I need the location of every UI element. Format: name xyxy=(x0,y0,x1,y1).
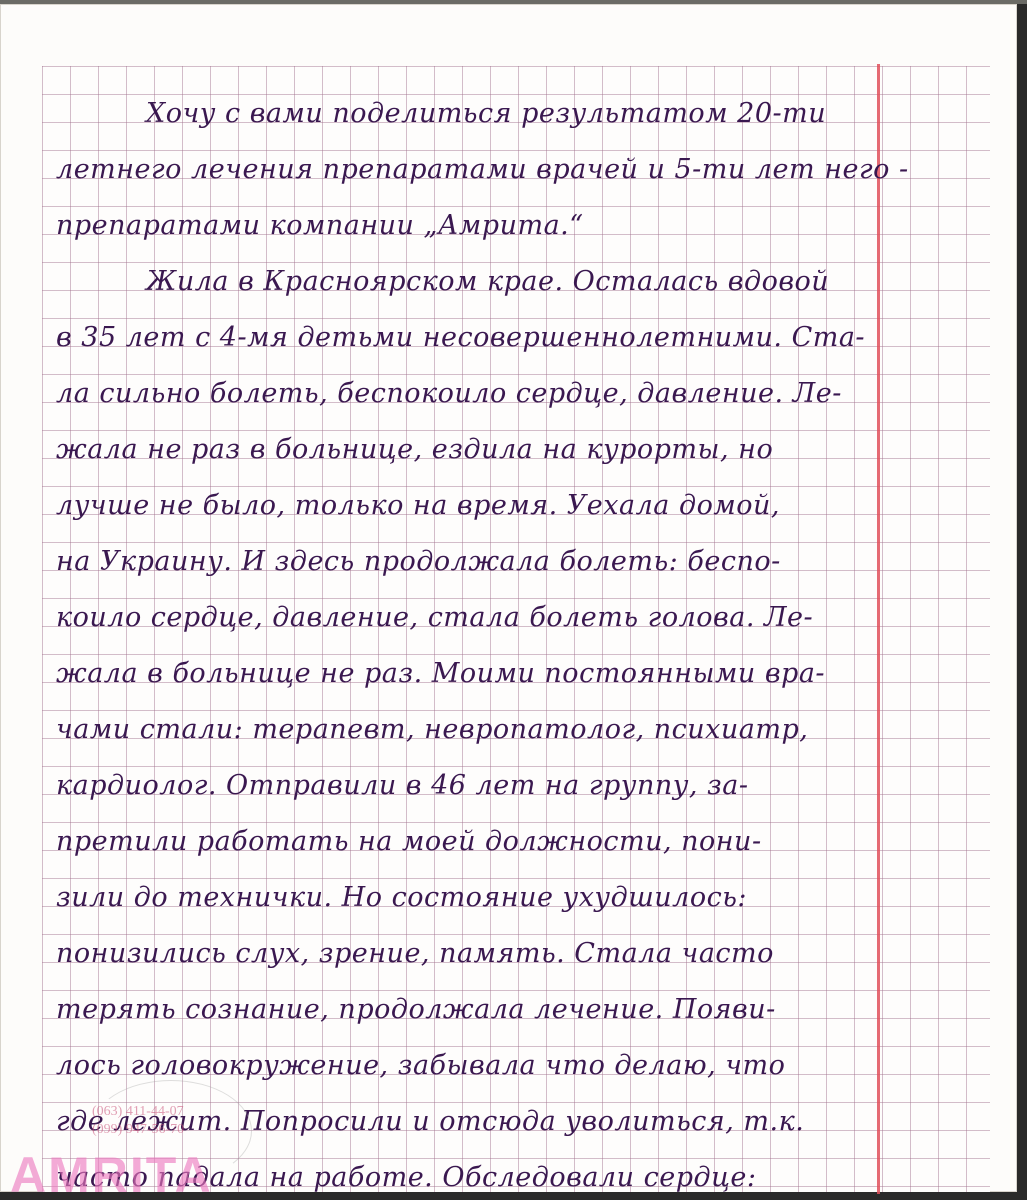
text-line: коило сердце, давление, стала болеть гол… xyxy=(56,590,976,646)
watermark-phones: (063) 411-44-07 (099) 947-56-70 xyxy=(92,1103,184,1139)
text-line: в 35 лет с 4-мя детьми несовершеннолетни… xyxy=(56,310,976,366)
scanned-page: Хочу с вами поделиться результатом 20-ти… xyxy=(0,0,1027,1200)
text-line: лучше не было, только на время. Уехала д… xyxy=(56,478,976,534)
text-line: чами стали: терапевт, невропатолог, псих… xyxy=(56,702,976,758)
text-line: на Украину. И здесь продолжала болеть: б… xyxy=(56,534,976,590)
text-line: Хочу с вами поделиться результатом 20-ти xyxy=(56,86,976,142)
text-line: ла сильно болеть, беспокоило сердце, дав… xyxy=(56,366,976,422)
text-line: претили работать на моей должности, пони… xyxy=(56,814,976,870)
notebook-sheet: Хочу с вами поделиться результатом 20-ти… xyxy=(0,4,1017,1192)
text-line: летнего лечения препаратами врачей и 5-т… xyxy=(56,142,976,198)
text-line: кардиолог. Отправили в 46 лет на группу,… xyxy=(56,758,976,814)
text-line: терять сознание, продолжала лечение. Поя… xyxy=(56,982,976,1038)
watermark-phone-1: (063) 411-44-07 xyxy=(92,1103,184,1121)
text-line: зили до технички. Но состояние ухудшилос… xyxy=(56,870,976,926)
text-line: понизились слух, зрение, память. Стала ч… xyxy=(56,926,976,982)
text-line: Жила в Красноярском крае. Осталась вдово… xyxy=(56,254,976,310)
handwritten-text: Хочу с вами поделиться результатом 20-ти… xyxy=(56,86,976,1200)
text-line: жала не раз в больнице, ездила на курорт… xyxy=(56,422,976,478)
amrita-watermark-logo: AMRITA xyxy=(10,1150,213,1200)
text-line: жала в больнице не раз. Моими постоянным… xyxy=(56,646,976,702)
watermark-phone-2: (099) 947-56-70 xyxy=(92,1121,184,1139)
text-line: препаратами компании „Амрита.“ xyxy=(56,198,976,254)
